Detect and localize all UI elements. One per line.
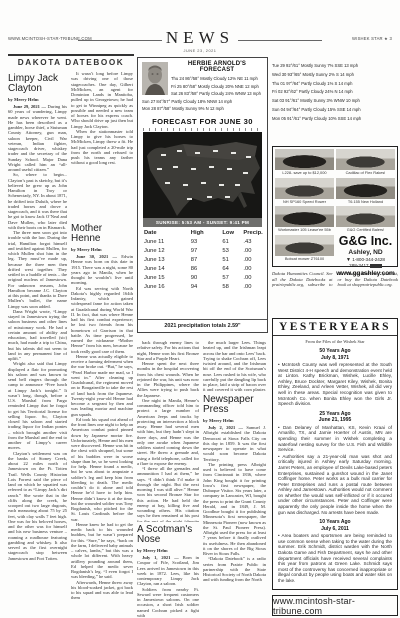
datebook-section-title: DAKOTA DATEBOOK xyxy=(8,54,134,67)
article-dateline: July 1, 2021 — xyxy=(142,555,179,560)
table-cell: 94 xyxy=(191,283,223,292)
yesteryears-item: • McIntosh County was well represented a… xyxy=(278,362,392,407)
forecast-weather-map xyxy=(143,132,262,218)
article-paragraph: Clayton’s settlement was on the banks of… xyxy=(8,451,67,561)
yesteryears-date: July 8, 1971 xyxy=(273,355,397,362)
text-column-2: It wasn’t long before Limpy was driving … xyxy=(71,71,133,616)
article-paragraph: Henne knew he had to get the medic back … xyxy=(71,522,133,580)
article-paragraph: “Dakota Datebook” is a radio series from… xyxy=(203,556,266,582)
ad-caption: NH SP160 Speed Rower xyxy=(275,199,334,205)
forecast-day-line: Mon 05 91°/61° Partly Cloudy 10% SSE 14 … xyxy=(272,115,398,124)
table-row: June 15 90 57 .00 xyxy=(144,274,261,283)
yesteryears-section-heading: 10 Years Ago July 6, 2011 xyxy=(273,519,397,532)
ad-item: NH SP160 Speed Rower xyxy=(275,178,334,205)
article-paragraph: June 30, 2021 — Edwin Henne was born on … xyxy=(71,254,133,286)
article-paragraph: Ed took his squad out ahead of the front… xyxy=(71,417,133,522)
masthead-rule-right xyxy=(238,40,322,41)
table-row: June 12 97 53 .00 xyxy=(144,247,261,256)
precipitation-total: 2021 precipitation totals 2.59" xyxy=(138,319,267,332)
yesteryears-item: • Authorities say a 21-year-old man was … xyxy=(278,454,392,516)
yesteryears-title: YESTERYEARS xyxy=(273,319,397,336)
masthead-title: NEWS xyxy=(0,28,400,48)
table-cell: 51 xyxy=(222,256,243,265)
table-cell: 90 xyxy=(191,274,223,283)
table-cell: June 11 xyxy=(144,238,191,247)
article-paragraph: the much larger Lees. Things heated up, … xyxy=(203,340,266,392)
article-dateline: June 29, 2021 — xyxy=(13,104,46,109)
table-header-cell: Low xyxy=(222,229,243,238)
forecast-day-line: Sun 27 84°/57° Partly Cloudy 18% NNW 14 … xyxy=(142,98,263,106)
text-column-3: back through enemy lines to relative saf… xyxy=(137,340,199,618)
ad-photo-flex-rake xyxy=(336,149,395,170)
forecast-day-line: Tue 29 92°/61° Mostly Sunny 7% SSE 13 mp… xyxy=(272,62,398,71)
table-cell: 58 xyxy=(222,283,243,292)
article-continuation: It wasn’t long before Limpy was driving … xyxy=(71,71,133,221)
table-cell: 97 xyxy=(191,247,223,256)
article-headline-limpy-jack-clayton: Limpy Jack Clayton xyxy=(8,74,67,95)
masthead-rule-left xyxy=(78,40,162,41)
ad-photo-skid-steer xyxy=(275,149,334,170)
yesteryears-item: • Area boaters and sportsmen are being r… xyxy=(278,533,392,583)
forecaster-block: HERBIE ARNOLD'S FORECAST Thu 24 86°/58° … xyxy=(138,58,267,114)
ad-badge xyxy=(370,264,382,268)
ad-city: Ashley, ND xyxy=(348,249,382,256)
ad-item: Cadillac of Flex Rakes! xyxy=(336,149,395,176)
table-cell: .00 xyxy=(243,283,261,292)
article-paragraph: Soldiers from nearby Ft. Seward were fre… xyxy=(137,587,199,618)
extended-forecast-block: Tue 29 92°/61° Mostly Sunny 7% SSE 13 mp… xyxy=(272,62,398,124)
article-byline: by Merry Helm xyxy=(137,548,199,553)
table-cell: .00 xyxy=(243,256,261,265)
forecast-map-title: FORECAST FOR JUNE 30 xyxy=(138,117,267,126)
gg-equipment-ad: L228- save up to $12,000 Cadillac of Fle… xyxy=(272,146,398,267)
ad-item: Workmaster 105 Lease'ee 55b xyxy=(275,206,334,233)
table-cell: .00 xyxy=(243,247,261,256)
text-column-1: Limpy Jack Clayton by Merry Helm June 29… xyxy=(8,71,67,616)
table-cell: 93 xyxy=(191,238,223,247)
article-paragraph: So, where to begin... Clayton’s past is … xyxy=(8,172,67,230)
table-cell: June 14 xyxy=(144,265,191,274)
ad-photo-tractor xyxy=(336,178,395,199)
weather-forecast-box: HERBIE ARNOLD'S FORECAST Thu 24 86°/58° … xyxy=(137,57,268,333)
article-text: During his 60 years of wandering, Limpy … xyxy=(8,104,67,172)
yesteryears-section-heading: 50 Years Ago July 8, 1971 xyxy=(273,348,397,361)
article-continuation: back through enemy lines to relative saf… xyxy=(137,340,199,522)
article-paragraph: It wasn’t long before Limpy was driving … xyxy=(71,71,133,129)
ad-caption: Workmaster 105 Lease'ee 55b xyxy=(275,227,334,233)
article-paragraph: Henne spent the next three months in the… xyxy=(137,361,199,398)
ad-caption: Cadillac of Flex Rakes! xyxy=(336,170,395,176)
forecaster-portrait xyxy=(142,62,168,95)
table-header-cell: Date xyxy=(144,229,191,238)
table-cell: .43 xyxy=(243,238,261,247)
article-paragraph: June 29, 2021 — During his 60 years of w… xyxy=(8,104,67,172)
table-cell: 87 xyxy=(191,256,223,265)
table-cell: 61 xyxy=(222,238,243,247)
article-paragraph: July 1, 2021 — Born in Coupar of Fife, S… xyxy=(137,555,199,587)
table-row: June 13 87 51 .00 xyxy=(144,256,261,265)
article-paragraph: “I threw all the grenades and ammunition… xyxy=(137,466,199,522)
article-text: Edwin Henne was born on this date in 191… xyxy=(71,254,133,285)
article-dateline: July 2, 2021 — xyxy=(208,425,243,430)
article-paragraph: Dana Wright wrote, “Limpy stayed in Jame… xyxy=(8,309,67,362)
yesteryears-date: July 6, 2011 xyxy=(273,526,397,533)
table-row: June 14 86 64 .00 xyxy=(144,265,261,274)
article-paragraph: back through enemy lines to relative saf… xyxy=(137,340,199,361)
table-cell: June 16 xyxy=(144,283,191,292)
table-cell: .00 xyxy=(243,274,261,283)
masthead-date: JUNE 23, 2021 xyxy=(0,48,400,53)
table-row: June 16 94 58 .00 xyxy=(144,283,261,292)
ad-caption: T6.155 New Holland xyxy=(336,199,395,205)
map-scale-ruler xyxy=(143,128,262,131)
table-cell: 53 xyxy=(222,247,243,256)
ad-photo-bobcat-mower xyxy=(275,235,334,256)
article-paragraph: Henne was actually eligible to receive a… xyxy=(71,354,133,417)
forecaster-photo xyxy=(142,62,168,95)
article-dateline: June 30, 2021 — xyxy=(76,254,117,259)
forecast-day-line: Sat 03 91°/61° Mostly Sunny 3% WNW 10 mp… xyxy=(272,97,398,106)
forecast-day-line: Thu 01 97°/64° Partly Cloudy 1% S 14 mph xyxy=(272,80,398,89)
article-paragraph: Ed was serving with North Dakota’s highl… xyxy=(71,286,133,354)
ad-photo-speedrower xyxy=(275,178,334,199)
table-header-cell: Precip. xyxy=(243,229,261,238)
forecast-day-line: Fri 02 92°/62° Partly Cloudy 24% N 14 mp… xyxy=(272,88,398,97)
ad-caption: G&G Certified Balers! xyxy=(336,227,395,233)
table-cell: June 12 xyxy=(144,247,191,256)
ad-company-name: G&G Inc. xyxy=(339,235,392,248)
article-paragraph: The three men soon got into trouble with… xyxy=(8,230,67,309)
table-header-cell: High xyxy=(191,229,223,238)
table-cell: .00 xyxy=(243,265,261,274)
ad-item: T6.155 New Holland xyxy=(336,178,395,205)
sunrise-sunset-bar: SUNRISE: 5:53 AM - SUNSET: 9:41 PM xyxy=(143,218,262,227)
forecast-day-line: Mon 28 87°/58° Mostly Sunny 9% N 12 mph xyxy=(142,105,263,113)
weather-history-table: Date High Low Precip. June 11 93 61 .43 … xyxy=(144,229,261,292)
table-cell: 64 xyxy=(222,265,243,274)
yesteryears-section-heading: 25 Years Ago June 21, 1995 xyxy=(273,411,397,424)
us-map-graphic xyxy=(143,132,262,218)
ad-photo-workmaster xyxy=(275,206,334,227)
article-byline: by Merry Helm xyxy=(203,418,266,423)
article-byline: by Merry Helm xyxy=(8,97,67,102)
ad-item: L228- save up to $12,000 xyxy=(275,149,334,176)
article-paragraph: Afterwards, Henne threw away his blood-s… xyxy=(71,580,133,601)
masthead-edition: WISHEK STAR ★ 3 xyxy=(352,36,392,41)
article-paragraph: July 2, 2021 — Samuel J. Albright establ… xyxy=(203,425,266,462)
footer-website-box: www.mcintosh-star-tribune.com xyxy=(272,595,398,616)
yesteryears-box: YESTERYEARS From the Files of the Wishek… xyxy=(272,318,398,590)
article-paragraph: When the stationmaster told Limpy to giv… xyxy=(71,129,133,166)
table-cell: June 13 xyxy=(144,256,191,265)
article-headline-mother-henne: Mother Henne xyxy=(71,224,133,245)
ad-caption: L228- save up to $12,000 xyxy=(275,170,334,176)
article-paragraph: One night in Manila, Henne’s commanding … xyxy=(137,398,199,466)
forecast-day-line: Sun 04 94°/64° Partly Cloudy 15% SSE 14 … xyxy=(272,106,398,115)
ad-photo-baler xyxy=(336,206,395,227)
ad-phone-2: 288-3417 xyxy=(349,263,368,268)
text-column-4: the much larger Lees. Things heated up, … xyxy=(203,340,266,618)
ad-caption: Bobcat mower ZT6100 xyxy=(275,256,334,262)
ad-phone-1: 1-800-344-2428 xyxy=(352,257,385,262)
ad-item: G&G Certified Balers! xyxy=(336,206,395,233)
forecast-day-line: Wed 30 93°/65° Mostly Sunny 2% S 14 mph xyxy=(272,71,398,80)
article-continuation: the much larger Lees. Things heated up, … xyxy=(203,340,266,392)
article-paragraph: The printing press Albright used is beli… xyxy=(203,462,266,557)
table-cell: 86 xyxy=(191,265,223,274)
footer-website: www.mcintosh-star-tribune.com xyxy=(273,596,397,616)
table-cell: 57 xyxy=(222,274,243,283)
newspaper-page: WWW.MCINTOSH-STAR-TRIBUNE.COM NEWS JUNE … xyxy=(0,0,400,618)
table-header-row: Date High Low Precip. xyxy=(144,229,261,238)
article-footnote: Dakota Humanities Council. See all the D… xyxy=(272,271,398,315)
yesteryears-date: June 21, 1995 xyxy=(273,417,397,424)
article-headline-newspaper-press: Newspaper Press xyxy=(203,395,266,416)
article-paragraph: Wright also said that Limpy displayed a … xyxy=(8,361,67,450)
yesteryears-item: • Dan Delaney of Manhattan, KS, Kevin Kr… xyxy=(278,425,392,453)
article-text: Samuel J. Albright established the Dakot… xyxy=(203,425,266,462)
article-headline-scotmans-nose: A Scotman's Nose xyxy=(137,525,199,546)
table-cell: June 15 xyxy=(144,274,191,283)
article-byline: by Merry Helm xyxy=(71,247,133,252)
table-row: June 11 93 61 .43 xyxy=(144,238,261,247)
yesteryears-subtitle: From the Files of the Wishek Star xyxy=(273,339,397,344)
article-text: Born in Coupar of Fife, Scotland, Jim Le… xyxy=(137,555,199,586)
